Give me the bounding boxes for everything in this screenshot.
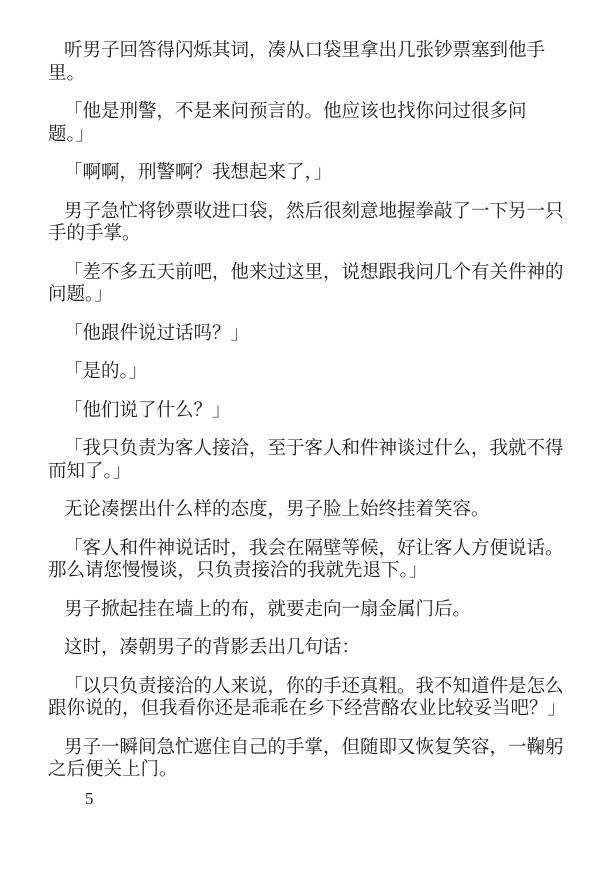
paragraph-narration: 这时，凑朝男子的背影丢出几句话： (48, 637, 596, 660)
paragraph-dialogue: 「他们说了什么？」 (48, 400, 596, 423)
paragraph-dialogue: 「他是刑警，不是来问预言的。他应该也找你问过很多问 题。」 (48, 101, 596, 146)
paragraph-dialogue: 「我只负责为客人接洽，至于客人和件神谈过什么，我就不得 而知了。」 (48, 438, 596, 483)
book-page: 听男子回答得闪烁其词，凑从口袋里拿出几张钞票塞到他手 里。 「他是刑警，不是来问… (0, 0, 613, 869)
page-text: 听男子回答得闪烁其词，凑从口袋里拿出几张钞票塞到他手 里。 「他是刑警，不是来问… (48, 40, 596, 798)
paragraph-narration: 听男子回答得闪烁其词，凑从口袋里拿出几张钞票塞到他手 里。 (48, 40, 596, 85)
paragraph-dialogue: 「他跟件说过话吗？」 (48, 323, 596, 346)
paragraph-dialogue: 「差不多五天前吧，他来过这里，说想跟我问几个有关件神的 问题。」 (48, 262, 596, 307)
paragraph-narration: 男子掀起挂在墙上的布，就要走向一扇金属门后。 (48, 599, 596, 622)
page-number: 5 (85, 789, 94, 809)
paragraph-narration: 无论凑摆出什么样的态度，男子脸上始终挂着笑容。 (48, 499, 596, 522)
paragraph-narration: 男子一瞬间急忙遮住自己的手掌，但随即又恢复笑容，一鞠躬 之后便关上门。 (48, 737, 596, 782)
paragraph-dialogue: 「啊啊，刑警啊？我想起来了，」 (48, 162, 596, 185)
paragraph-dialogue: 「客人和件神说话时，我会在隔壁等候，好让客人方便说话。 那么请您慢慢谈，只负责接… (48, 538, 596, 583)
paragraph-dialogue: 「以只负责接洽的人来说，你的手还真粗。我不知道件是怎么 跟你说的，但我看你还是乖… (48, 676, 596, 721)
paragraph-dialogue: 「是的。」 (48, 361, 596, 384)
paragraph-narration: 男子急忙将钞票收进口袋，然后很刻意地握拳敲了一下另一只 手的手掌。 (48, 201, 596, 246)
